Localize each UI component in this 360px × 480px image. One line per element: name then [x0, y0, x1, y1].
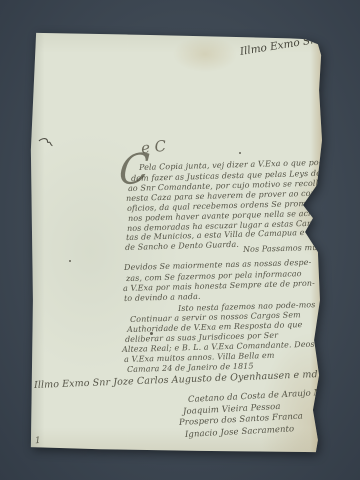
paper-shadow-wrap: Illmo Exmo Snr e C C Pela Copia junta, v… [0, 0, 360, 480]
ink-speck [150, 332, 153, 335]
ink-speck [69, 260, 71, 262]
margin-ink-mark [37, 134, 56, 148]
photograph-of-manuscript: Illmo Exmo Snr e C C Pela Copia junta, v… [0, 0, 360, 480]
salutation-top-right: Illmo Exmo Snr [239, 33, 322, 58]
manuscript-paper: Illmo Exmo Snr e C C Pela Copia junta, v… [30, 32, 322, 453]
ink-speck [239, 152, 241, 154]
handwritten-line: de Sancho e Dento Guarda. [125, 240, 239, 252]
ink-layer: Illmo Exmo Snr e C C Pela Copia junta, v… [30, 32, 322, 453]
page-number: 1 [35, 436, 41, 446]
handwritten-line: to devindo a nada. [124, 292, 201, 303]
handwritten-line: Nos Passamos mui [243, 243, 320, 254]
